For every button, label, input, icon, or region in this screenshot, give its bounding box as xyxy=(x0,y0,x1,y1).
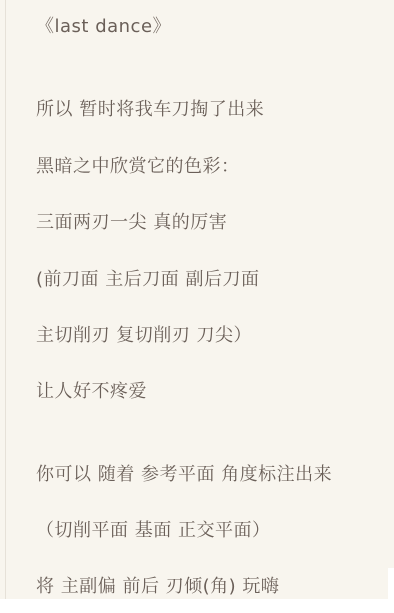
poem-line-4: (前刀面 主后刀面 副后刀面 xyxy=(36,269,259,291)
poem-line-6: 让人好不疼爱 xyxy=(36,381,147,403)
poem-line-3: 三面两刃一尖 真的厉害 xyxy=(36,212,227,234)
image-edge-patch xyxy=(388,568,394,599)
poem-line-7: 你可以 随着 参考平面 角度标注出来 xyxy=(36,464,332,486)
poem-title: 《last dance》 xyxy=(36,16,171,38)
poem-line-2: 黑暗之中欣赏它的色彩： xyxy=(36,156,240,178)
document-page: 《last dance》 所以 暂时将我车刀掏了出来 黑暗之中欣赏它的色彩： 三… xyxy=(0,0,394,599)
poem-line-1: 所以 暂时将我车刀掏了出来 xyxy=(36,99,264,121)
poem-line-5: 主切削刃 复切削刃 刀尖） xyxy=(36,325,252,347)
poem-line-8: （切削平面 基面 正交平面） xyxy=(36,520,270,542)
poem-line-9: 将 主副偏 前后 刃倾(角) 玩嗨 xyxy=(36,576,279,598)
left-edge-divider xyxy=(5,0,6,599)
